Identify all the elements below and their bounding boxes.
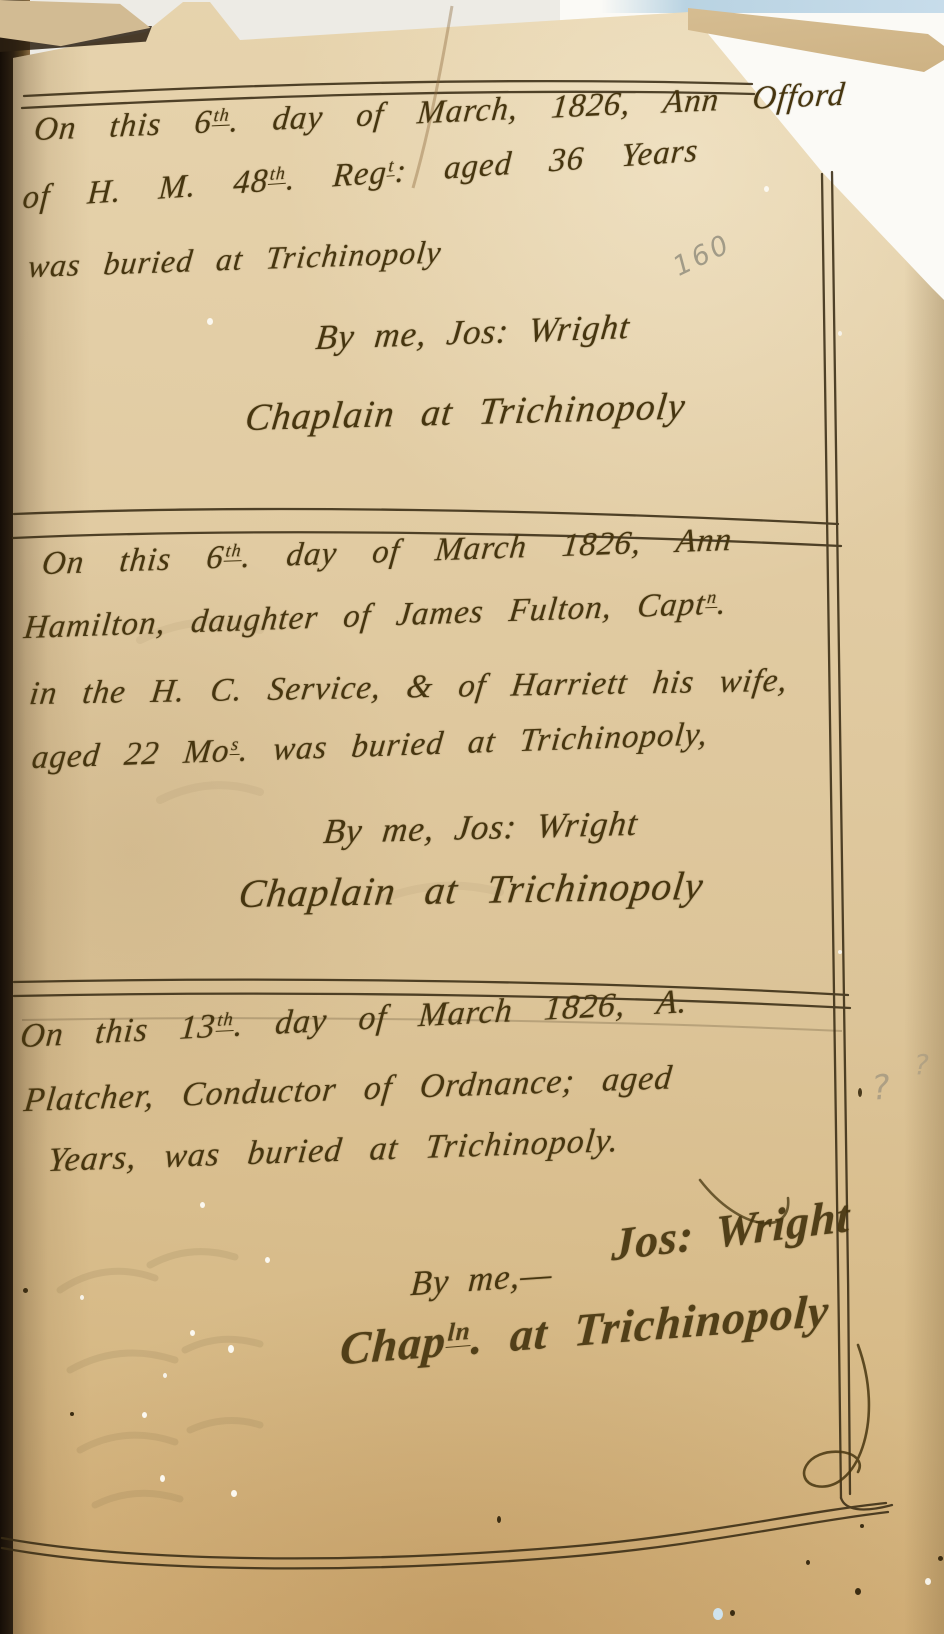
paper-speck: [200, 1202, 205, 1208]
ink-spot: [860, 1524, 864, 1528]
entry2-chaplain-line: Chaplain at Trichinopoly: [236, 862, 706, 917]
paper-speck: [925, 1578, 931, 1585]
ink-spot: [497, 1516, 501, 1523]
paper-speck: [80, 1295, 84, 1300]
scanned-register-page: On this 6th. day of March, 1826, Ann Off…: [0, 0, 944, 1634]
ink-spot: [23, 1288, 28, 1293]
paper-speck: [231, 1490, 237, 1497]
paper-speck: [207, 318, 213, 325]
ink-spot: [858, 1088, 862, 1097]
paper-speck: [265, 1257, 270, 1263]
ink-spot: [70, 1412, 74, 1416]
paper-speck-blue: [713, 1608, 723, 1620]
paper-speck: [228, 1345, 234, 1353]
pencil-query-mark-left: ?: [870, 1067, 891, 1108]
paper-speck: [142, 1412, 147, 1418]
paper-speck: [764, 186, 769, 192]
paper-speck: [838, 950, 842, 954]
paper-speck: [190, 1330, 195, 1336]
ink-spot: [730, 1610, 735, 1616]
scanner-background-strip: [600, 0, 944, 13]
pencil-query-mark-right: ?: [914, 1048, 929, 1081]
paper-speck: [163, 1373, 167, 1378]
paper-speck: [838, 331, 842, 336]
entry2-byline: By me, Jos: Wright: [321, 804, 640, 852]
ink-spot: [938, 1556, 943, 1561]
ink-spot: [855, 1588, 861, 1595]
paper-speck: [160, 1475, 165, 1482]
ink-spot: [806, 1560, 810, 1565]
